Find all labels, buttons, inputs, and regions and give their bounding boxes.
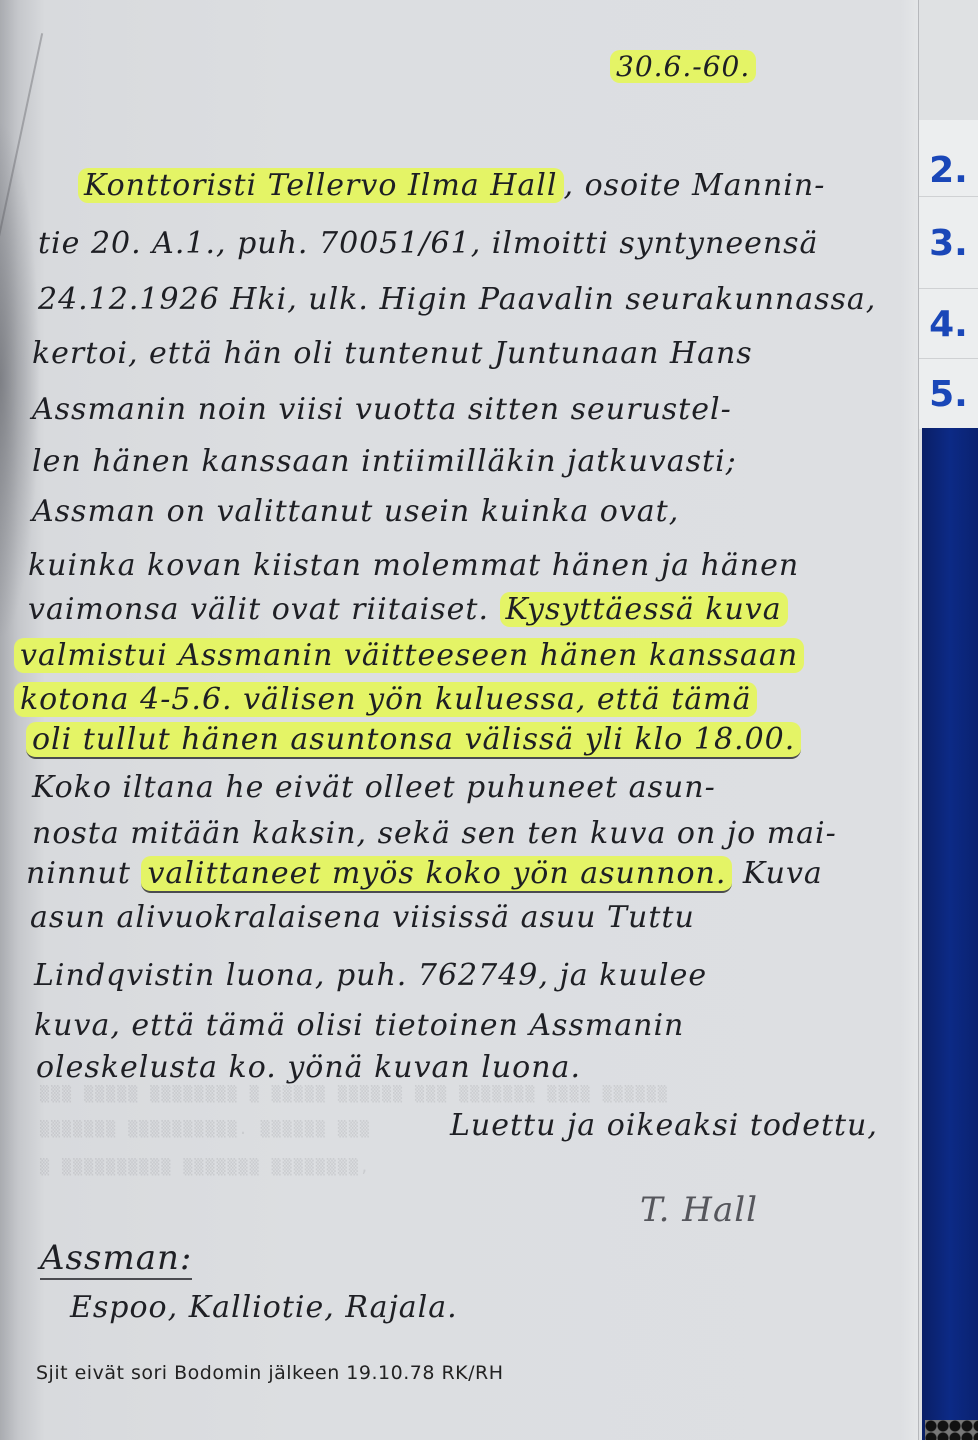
note-heading: Assman: <box>40 1238 192 1278</box>
statement-line-8: kuinka kovan kiistan molemmat hänen ja h… <box>28 548 799 583</box>
statement-line-4: kertoi, että hän oli tuntenut Juntunaan … <box>32 336 753 371</box>
statement-line-1: Konttoristi Tellervo Ilma Hall, osoite M… <box>78 168 825 203</box>
statement-line-16: asun alivuokralaisena viisissä asuu Tutt… <box>30 900 695 935</box>
bleed-through-text: ▒ ▒▒▒▒▒▒▒▒▒▒ ▒▒▒▒▒▒▒ ▒▒▒▒▒▒▒▒, <box>40 1158 371 1176</box>
binder-hole-pattern <box>925 1420 978 1440</box>
tab-label: 5. <box>929 374 968 415</box>
statement-line-14: nosta mitään kaksin, sekä sen ten kuva o… <box>32 816 837 851</box>
statement-line-17: Lindqvistin luona, puh. 762749, ja kuule… <box>34 958 707 993</box>
footer-note: Sjit eivät sori Bodomin jälkeen 19.10.78… <box>36 1362 504 1384</box>
statement-line-10: valmistui Assmanin väitteeseen hänen kan… <box>14 638 804 673</box>
statement-line-2: tie 20. A.1., puh. 70051/61, ilmoitti sy… <box>38 226 818 261</box>
statement-line-11: kotona 4-5.6. välisen yön kuluessa, että… <box>14 682 757 717</box>
statement-line-9: vaimonsa välit ovat riitaiset. Kysyttäes… <box>28 592 788 627</box>
statement-line-5: Assmanin noin viisi vuotta sitten seurus… <box>32 392 732 427</box>
document-page: ▒▒▒ ▒▒▒▒▒ ▒▒▒▒▒▒▒▒ ▒ ▒▒▒▒▒ ▒▒▒▒▒▒ ▒▒▒ ▒▒… <box>0 0 919 1440</box>
closing-phrase: Luettu ja oikeaksi todettu, <box>450 1108 878 1143</box>
note-names: Espoo, Kalliotie, Rajala. <box>70 1290 458 1325</box>
signature: T. Hall <box>640 1190 758 1230</box>
statement-line-18: kuva, että tämä olisi tietoinen Assmanin <box>34 1008 684 1043</box>
tab-4[interactable]: 4. <box>919 288 978 359</box>
tab-label: 2. <box>929 150 968 191</box>
tab-5[interactable]: 5. <box>919 358 978 429</box>
document-date: 30.6.-60. <box>610 50 756 83</box>
bleed-through-text: ▒▒▒▒▒▒▒ ▒▒▒▒▒▒▒▒▒▒. ▒▒▒▒▒▒ ▒▒▒ <box>40 1120 371 1138</box>
statement-line-7: Assman on valittanut usein kuinka ovat, <box>32 494 679 529</box>
tab-label: 3. <box>929 223 968 264</box>
statement-line-6: len hänen kanssaan intiimilläkin jatkuva… <box>32 444 737 479</box>
binder-cover <box>922 428 978 1440</box>
tab-label: 4. <box>929 304 968 345</box>
bleed-through-text: ▒▒▒ ▒▒▒▒▒ ▒▒▒▒▒▒▒▒ ▒ ▒▒▒▒▒ ▒▒▒▒▒▒ ▒▒▒ ▒▒… <box>40 1085 669 1103</box>
statement-line-3: 24.12.1926 Hki, ulk. Higin Paavalin seur… <box>38 282 876 317</box>
statement-line-12: oli tullut hänen asuntonsa välissä yli k… <box>26 722 801 757</box>
statement-line-15: ninnut valittaneet myös koko yön asunnon… <box>26 856 823 891</box>
statement-line-19: oleskelusta ko. yönä kuvan luona. <box>36 1050 581 1085</box>
tab-3[interactable]: 3. <box>919 196 978 289</box>
statement-line-13: Koko iltana he eivät olleet puhuneet asu… <box>32 770 716 805</box>
